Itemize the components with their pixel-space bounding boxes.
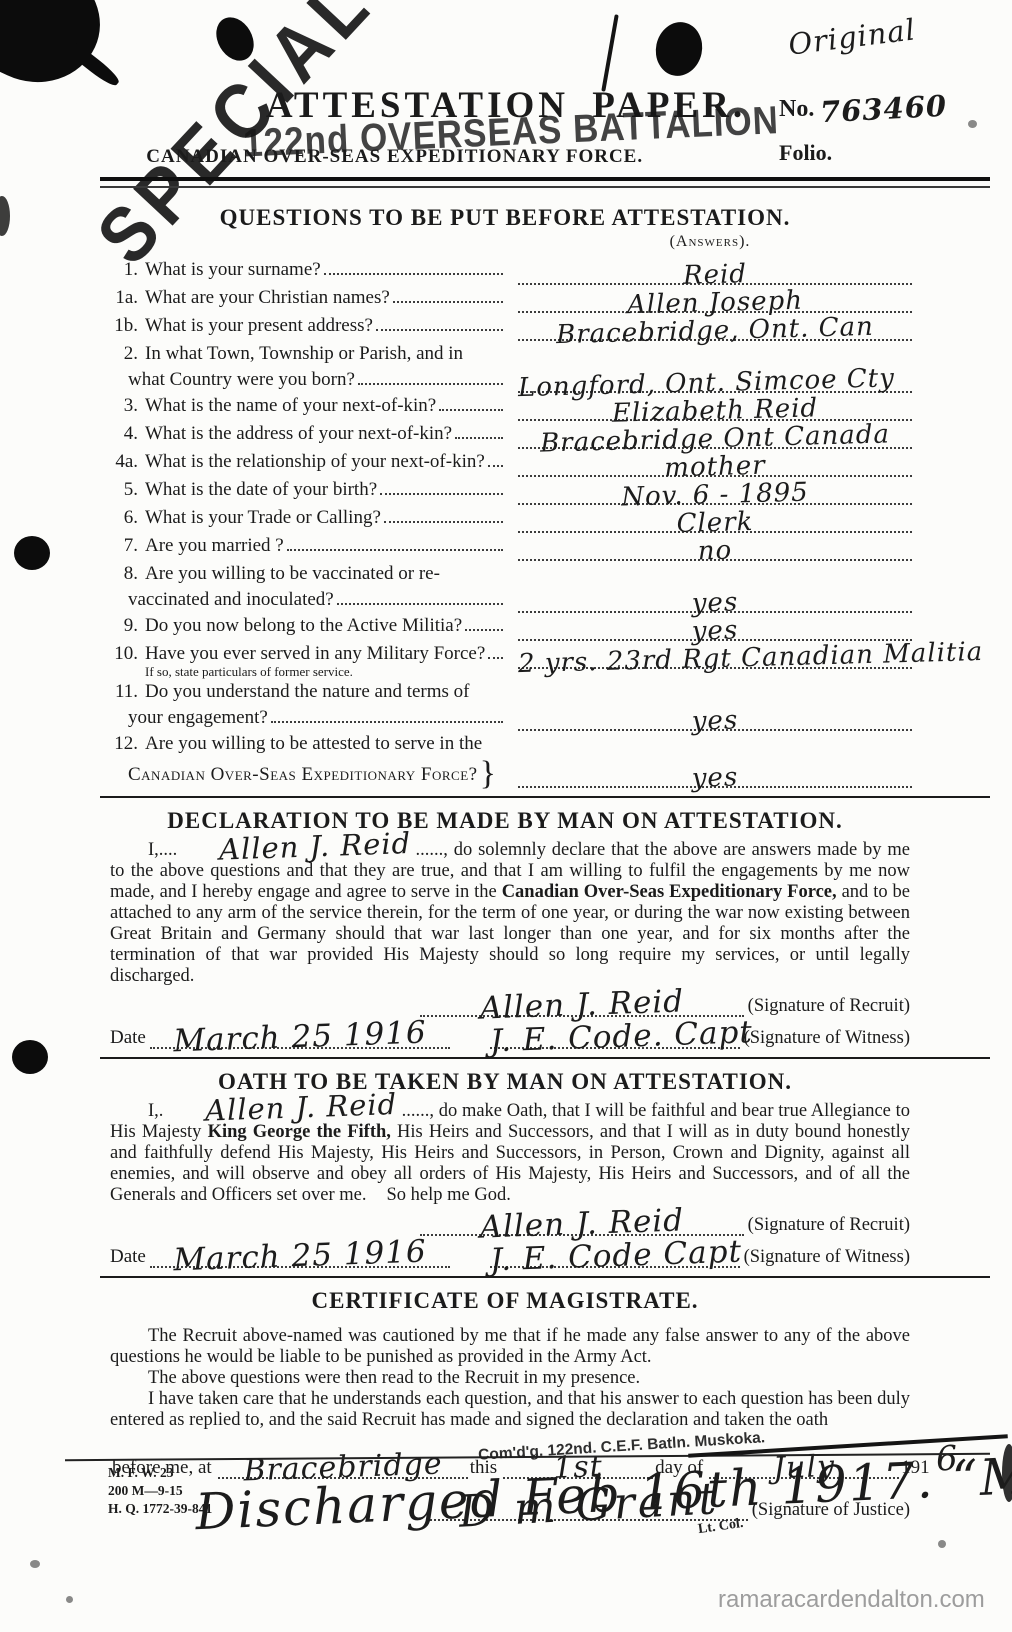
question-number: 8. bbox=[100, 561, 145, 587]
no-value: 763460 bbox=[820, 89, 949, 130]
question-text: 9.Do you now belong to the Active Militi… bbox=[100, 613, 504, 641]
question-row: 2.In what Town, Township or Parish, and … bbox=[100, 341, 912, 393]
dotted-leader bbox=[488, 657, 503, 659]
dotted-leader bbox=[376, 329, 503, 331]
question-text: 7.Are you married ? bbox=[100, 533, 504, 561]
answer-cell: mother bbox=[518, 449, 912, 477]
dotted-leader bbox=[455, 437, 503, 439]
question-row: 3.What is the name of your next-of-kin?E… bbox=[100, 393, 912, 421]
answer-line: Allen Joseph bbox=[518, 285, 912, 313]
question-number: 10. bbox=[100, 641, 145, 667]
answers-column-label: (Answers). bbox=[570, 233, 850, 251]
question-row: 4.What is the address of your next-of-ki… bbox=[100, 421, 912, 449]
dotted-leader bbox=[358, 383, 503, 385]
question-text: 3.What is the name of your next-of-kin? bbox=[100, 393, 504, 421]
question-number: 4. bbox=[100, 421, 145, 447]
edge-smudge bbox=[0, 196, 10, 236]
oath-date: March 25 1916 bbox=[149, 1233, 450, 1279]
answer-line: yes bbox=[518, 703, 912, 731]
answer-line: Bracebridge, Ont. Can bbox=[518, 313, 912, 341]
question-row: 1a.What are your Christian names?Allen J… bbox=[100, 285, 912, 313]
date-line: March 25 1916 bbox=[150, 1242, 450, 1268]
question-row: 9.Do you now belong to the Active Militi… bbox=[100, 613, 912, 641]
answer-cell: Reid bbox=[518, 257, 912, 285]
so-help-me-god: So help me God. bbox=[387, 1185, 511, 1205]
dotted-leader bbox=[287, 549, 503, 551]
questions-heading: QUESTIONS TO BE PUT BEFORE ATTESTATION. bbox=[100, 205, 910, 231]
question-number: 2. bbox=[100, 341, 145, 367]
form-body: QUESTIONS TO BE PUT BEFORE ATTESTATION. … bbox=[100, 195, 980, 1521]
signature-of-recruit-label: (Signature of Recruit) bbox=[744, 996, 910, 1017]
question-text: 4a.What is the relationship of your next… bbox=[100, 449, 504, 477]
folio-label: Folio. bbox=[779, 140, 832, 166]
answer-cell: Bracebridge, Ont. Can bbox=[518, 313, 912, 341]
oath-paragraph: I,.Allen J. Reid......, do make Oath, th… bbox=[110, 1101, 910, 1206]
question-text: 1.What is your surname? bbox=[100, 257, 504, 285]
oath-recruit-signature-row: Allen J. Reid (Signature of Recruit) bbox=[110, 1208, 910, 1236]
signature-line: J. E. Code Capt bbox=[490, 1242, 740, 1268]
question-row: 5.What is the date of your birth?Nov. 6 … bbox=[100, 477, 912, 505]
date-line: March 25 1916 bbox=[150, 1023, 450, 1049]
declaration-date-witness-row: Date March 25 1916 J. E. Code. Capt (Sig… bbox=[110, 1021, 910, 1049]
witness-signature: J. E. Code. Capt bbox=[489, 1015, 740, 1060]
signature-of-witness-label: (Signature of Witness) bbox=[740, 1028, 910, 1049]
punch-hole bbox=[14, 536, 50, 570]
oath-name-handwritten: Allen J. Reid bbox=[167, 1104, 397, 1112]
question-number: 1. bbox=[100, 257, 145, 283]
question-row: 1b.What is your present address?Bracebri… bbox=[100, 313, 912, 341]
question-text: 5.What is the date of your birth? bbox=[100, 477, 504, 505]
dotted-leader bbox=[384, 521, 503, 523]
dotted-leader bbox=[337, 603, 503, 605]
site-watermark: ramaracardendalton.com bbox=[718, 1586, 985, 1614]
question-number: 6. bbox=[100, 505, 145, 531]
question-number: 11. bbox=[100, 679, 145, 705]
answer-line: Elizabeth Reid bbox=[518, 393, 912, 421]
answer-cell: no bbox=[518, 533, 912, 561]
signature-line: Allen J. Reid bbox=[420, 991, 744, 1017]
witness-signature: J. E. Code Capt bbox=[489, 1234, 740, 1279]
ink-blot bbox=[651, 18, 707, 80]
answer-line: Reid bbox=[518, 257, 912, 285]
signature-line: Allen J. Reid bbox=[420, 1210, 744, 1236]
document-subtitle: CANADIAN OVER-SEAS EXPEDITIONARY FORCE. bbox=[0, 146, 789, 168]
answer-line: yes bbox=[518, 585, 912, 613]
answer-line: 2 yrs. 23rd Rgt Canadian Malitia bbox=[518, 641, 912, 669]
answer-line: no bbox=[518, 533, 912, 561]
declaration-heading: DECLARATION TO BE MADE BY MAN ON ATTESTA… bbox=[100, 808, 910, 834]
question-row: 12.Are you willing to be attested to ser… bbox=[100, 731, 912, 788]
answer-handwritten: 2 yrs. 23rd Rgt Canadian Malitia bbox=[518, 639, 913, 679]
answer-cell: yes bbox=[518, 613, 912, 641]
question-row: 1.What is your surname?Reid bbox=[100, 257, 912, 285]
no-label: No. bbox=[779, 96, 814, 122]
answer-handwritten: yes bbox=[518, 758, 913, 798]
answer-cell: Elizabeth Reid bbox=[518, 393, 912, 421]
question-text: 6.What is your Trade or Calling? bbox=[100, 505, 504, 533]
certificate-heading: CERTIFICATE OF MAGISTRATE. bbox=[100, 1288, 910, 1314]
form-ref: M. F. W. 23 bbox=[108, 1464, 212, 1482]
answer-line: mother bbox=[518, 449, 912, 477]
serial-number: No. 763460 bbox=[779, 92, 947, 126]
question-row: 11.Do you understand the nature and term… bbox=[100, 679, 912, 731]
answer-cell: 2 yrs. 23rd Rgt Canadian Malitia bbox=[518, 641, 912, 679]
date-label: Date bbox=[110, 1246, 150, 1268]
answer-cell: Bracebridge Ont Canada bbox=[518, 421, 912, 449]
curly-brace: } bbox=[480, 761, 496, 787]
answer-line: Longford, Ont. Simcoe Cty bbox=[518, 365, 912, 393]
question-number: 5. bbox=[100, 477, 145, 503]
pen-mark bbox=[601, 14, 618, 92]
dotted-leader bbox=[393, 301, 503, 303]
signature-of-recruit-label: (Signature of Recruit) bbox=[744, 1215, 910, 1236]
answer-line: yes bbox=[518, 760, 912, 788]
dotted-leader bbox=[324, 273, 503, 275]
certificate-paragraph-2: The above questions were then read to th… bbox=[110, 1368, 910, 1389]
question-text: 1b.What is your present address? bbox=[100, 313, 504, 341]
signature-of-witness-label: (Signature of Witness) bbox=[740, 1247, 910, 1268]
answer-cell: Allen Joseph bbox=[518, 285, 912, 313]
question-number: 12. bbox=[100, 731, 145, 757]
answer-cell: yes bbox=[518, 679, 912, 731]
answer-line: Clerk bbox=[518, 505, 912, 533]
question-number: 3. bbox=[100, 393, 145, 419]
declaration-recruit-signature-row: Allen J. Reid (Signature of Recruit) bbox=[110, 989, 910, 1017]
attestation-paper-scan: SPECIAL ATTESTATION PAPER. 122nd OVERSEA… bbox=[0, 0, 1012, 1632]
certificate-paragraph-3: I have taken care that he understands ea… bbox=[110, 1389, 910, 1431]
question-row: 10.Have you ever served in any Military … bbox=[100, 641, 912, 679]
answer-line: Nov. 6 - 1895 bbox=[518, 477, 912, 505]
declarant-name-handwritten: Allen J. Reid bbox=[181, 843, 411, 851]
question-row: 4a.What is the relationship of your next… bbox=[100, 449, 912, 477]
question-number: 4a. bbox=[100, 449, 145, 475]
dotted-leader bbox=[380, 493, 503, 495]
oath-heading: OATH TO BE TAKEN BY MAN ON ATTESTATION. bbox=[100, 1069, 910, 1095]
answer-line: Bracebridge Ont Canada bbox=[518, 421, 912, 449]
header-rule bbox=[100, 177, 990, 188]
question-text: 8.Are you willing to be vaccinated or re… bbox=[100, 561, 504, 613]
declaration-date: March 25 1916 bbox=[149, 1014, 450, 1060]
question-text: 1a.What are your Christian names? bbox=[100, 285, 504, 313]
question-number: 9. bbox=[100, 613, 145, 639]
signature-line: J. E. Code. Capt bbox=[490, 1023, 740, 1049]
answer-line: yes bbox=[518, 613, 912, 641]
question-text: 10.Have you ever served in any Military … bbox=[100, 641, 504, 679]
question-text: 12.Are you willing to be attested to ser… bbox=[100, 731, 504, 788]
question-text: 4.What is the address of your next-of-ki… bbox=[100, 421, 504, 449]
questions-list: 1.What is your surname?Reid1a.What are y… bbox=[100, 257, 980, 788]
dotted-leader bbox=[488, 465, 503, 467]
date-label: Date bbox=[110, 1027, 150, 1049]
answer-cell: Clerk bbox=[518, 505, 912, 533]
question-row: 6.What is your Trade or Calling?Clerk bbox=[100, 505, 912, 533]
question-number: 1a. bbox=[100, 285, 145, 311]
oath-date-witness-row: Date March 25 1916 J. E. Code Capt (Sign… bbox=[110, 1240, 910, 1268]
question-text: 2.In what Town, Township or Parish, and … bbox=[100, 341, 504, 393]
question-number: 7. bbox=[100, 533, 145, 559]
question-text: 11.Do you understand the nature and term… bbox=[100, 679, 504, 731]
question-row: 7.Are you married ?no bbox=[100, 533, 912, 561]
dotted-leader bbox=[271, 721, 503, 723]
question-number: 1b. bbox=[100, 313, 145, 339]
declaration-paragraph: I,....Allen J. Reid......, do solemnly d… bbox=[110, 840, 910, 987]
answer-cell: Nov. 6 - 1895 bbox=[518, 477, 912, 505]
punch-hole bbox=[12, 1040, 48, 1074]
question-row: 8.Are you willing to be vaccinated or re… bbox=[100, 561, 912, 613]
original-annotation: Original bbox=[786, 12, 917, 61]
dotted-leader bbox=[439, 409, 503, 411]
certificate-paragraph-1: The Recruit above-named was cautioned by… bbox=[110, 1326, 910, 1368]
dotted-leader bbox=[465, 629, 503, 631]
